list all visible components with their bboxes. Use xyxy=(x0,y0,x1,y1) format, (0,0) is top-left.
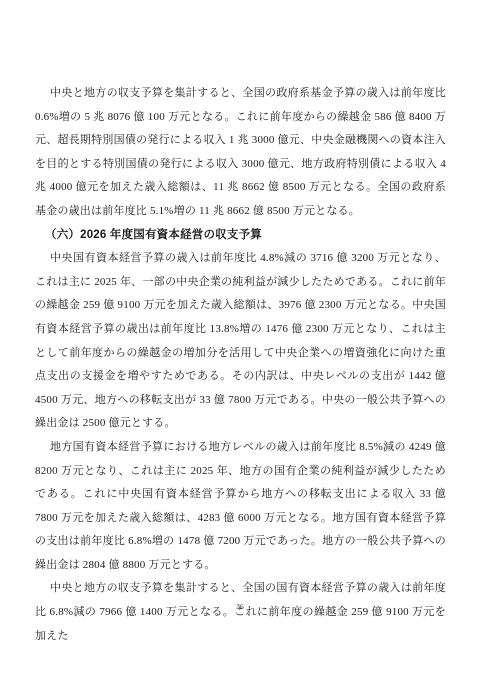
paragraph-central-soe-budget: 中央国有資本経営予算の歳入は前年度比 4.8%減の 3716 億 3200 万元… xyxy=(35,247,446,436)
section-heading-soe-budget-2026: （六）2026 年度国有資本経営の収支予算 xyxy=(35,224,446,248)
page-number: 36 xyxy=(0,601,480,613)
text-block: 中央と地方の収支予算を集計すると、全国の政府系基金予算の歳入は前年度比 0.6%… xyxy=(35,82,446,648)
paragraph-gov-funds-national-summary: 中央と地方の収支予算を集計すると、全国の政府系基金予算の歳入は前年度比 0.6%… xyxy=(35,82,446,224)
paragraph-local-soe-budget: 地方国有資本経営予算における地方レベルの歳入は前年度比 8.5%減の 4249 … xyxy=(35,436,446,578)
document-page: 中央と地方の収支予算を集計すると、全国の政府系基金予算の歳入は前年度比 0.6%… xyxy=(0,0,480,679)
